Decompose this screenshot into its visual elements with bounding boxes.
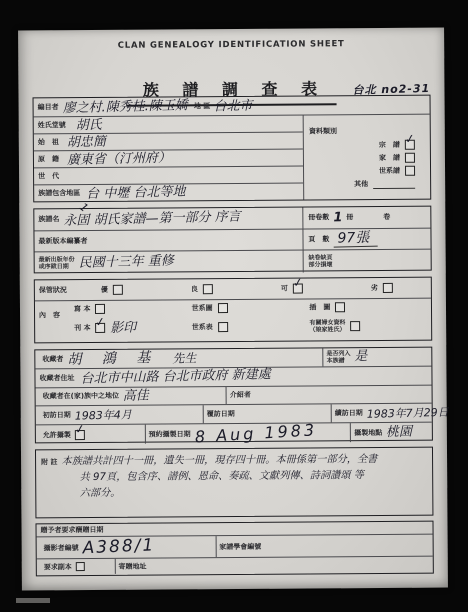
holder-honorific: 先生 bbox=[172, 352, 196, 365]
pedigree-table-label: 世系表 bbox=[192, 322, 213, 332]
excellent-checkbox bbox=[113, 285, 123, 295]
pedigree-table-option: 世系表 bbox=[192, 319, 310, 334]
missing-pages-cell: 缺卷缺頁 部分損壞 bbox=[302, 250, 426, 272]
compiler-value: 廖之村.陳秀桂.陳玉嬌 bbox=[62, 99, 188, 115]
regions-label: 族譜包含地區 bbox=[38, 188, 80, 198]
zongpu-checkbox: ✓ bbox=[405, 140, 415, 150]
printed-edition-label: 刊 本 bbox=[74, 323, 91, 333]
introducer-label: 介紹者 bbox=[230, 390, 251, 400]
holder-cell: 收藏者 胡 鴻 基 先生 bbox=[39, 348, 322, 368]
origin-row: 原 籍 廣東省（汀州府） bbox=[34, 150, 303, 169]
copy-request-label: 要求副本 bbox=[44, 562, 72, 572]
volume-unit-ce: 冊 bbox=[346, 212, 353, 222]
contents-label: 內 容 bbox=[39, 310, 60, 320]
pub-year-value: 民國十三年 重修 bbox=[79, 255, 174, 270]
first-visit-label: 初訪日期 bbox=[43, 410, 71, 420]
good-checkbox bbox=[203, 284, 213, 294]
pedigree-chart-label: 世系圖 bbox=[192, 303, 213, 313]
notes-label: 附 註 bbox=[41, 457, 58, 502]
listed-value: 是 bbox=[354, 350, 367, 363]
condition-label: 保管狀況 bbox=[39, 285, 67, 295]
generations-row: 世 代 bbox=[34, 167, 303, 186]
note-line-2: 共 97頁，包含序、譜例、恩命、奏疏、文獻列傳、詩詞讚頌 等 bbox=[80, 468, 378, 486]
follow-up-visit-cell: 續訪日期 1983年7月29日 bbox=[331, 404, 428, 422]
manuscript-label: 寫 本 bbox=[74, 304, 91, 314]
condition-row: 保管狀況 優 良 可 ✓ 劣 bbox=[35, 278, 431, 302]
fair-checkbox: ✓ bbox=[293, 284, 303, 294]
regions-row: 族譜包含地區 台 中壢 台北等地 bbox=[34, 184, 303, 202]
listed-label-line2: 本族譜 bbox=[327, 357, 351, 364]
filming-date-value: 8 Aug 1983 bbox=[194, 422, 317, 445]
society-number-label: 家譜學會編號 bbox=[219, 541, 261, 551]
illustrations-checkbox bbox=[335, 302, 345, 312]
women-data-sublabel: （娘家姓氏） bbox=[309, 326, 345, 333]
printed-edition-checkmark: ✓ bbox=[95, 314, 107, 329]
other-label: 其他 bbox=[354, 179, 368, 189]
english-header: CLAN GENEALOGY IDENTIFICATION SHEET bbox=[18, 39, 444, 52]
volume-count-cell: 冊卷數 1 冊 卷 1 bbox=[302, 207, 426, 228]
women-data-checkbox bbox=[350, 321, 360, 331]
latest-compiler-label: 最新版本編纂者 bbox=[38, 236, 87, 246]
origin-label: 原 籍 bbox=[38, 154, 59, 164]
filming-permit-label: 允許攝製 bbox=[43, 430, 71, 440]
genealogy-name-cell: 族譜名 永固 胡氏家譜—第一部分 序言 bbox=[38, 211, 302, 226]
follow-up-visit-label: 續訪日期 bbox=[335, 408, 363, 418]
page-count-cell: 頁 數 97張 bbox=[302, 228, 426, 249]
jiapu-checkbox bbox=[405, 153, 415, 163]
partial-damage-label: 部分損壞 bbox=[308, 261, 332, 268]
first-visit-value: 1983年4月 bbox=[75, 409, 132, 421]
pedigree-chart-option: 世系圖 bbox=[192, 302, 310, 313]
origin-value: 廣東省（汀州府） bbox=[67, 151, 171, 167]
category-option-shixipu: 世系譜 bbox=[309, 166, 415, 177]
listed-cell: 是否列入 本族譜 是 bbox=[323, 348, 428, 367]
fair-checkmark: ✓ bbox=[292, 275, 304, 290]
filming-permit-cell: 允許攝製 ✓ bbox=[40, 425, 145, 445]
edition-box: 族譜名 永固 胡氏家譜—第一部分 序言 冊卷數 1 冊 卷 1 最新版本編纂者 … bbox=[33, 206, 431, 274]
fair-label: 可 bbox=[281, 284, 288, 294]
copy-request-cell: 要求副本 bbox=[41, 559, 115, 575]
donor-request-label: 贈予者要求酬贈日期 bbox=[41, 525, 104, 535]
excellent-label: 優 bbox=[101, 285, 108, 295]
condition-poor: 劣 bbox=[371, 283, 393, 293]
volume-count-value: 1 bbox=[333, 211, 342, 224]
filming-location-cell: 攝製地點 桃園 bbox=[350, 423, 428, 442]
regions-value: 台 中壢 台北等地 bbox=[86, 185, 186, 200]
poor-label: 劣 bbox=[371, 283, 378, 293]
genealogy-name-value: 永固 胡氏家譜—第一部分 序言 bbox=[63, 210, 241, 227]
first-ancestor-row: 始 祖 胡忠簡 bbox=[34, 133, 303, 152]
category-option-zongpu: 宗 譜 ✓ bbox=[309, 140, 415, 151]
holder-label: 收藏者 bbox=[42, 354, 63, 364]
manuscript-checkbox bbox=[95, 304, 105, 314]
holder-address-label: 收藏者住址 bbox=[39, 373, 74, 383]
filming-permit-checkbox: ✓ bbox=[75, 430, 85, 440]
surname-hall-label: 姓氏堂號 bbox=[38, 120, 66, 130]
copy-request-checkbox bbox=[76, 562, 85, 571]
mailing-address-label: 寄贈地址 bbox=[118, 561, 146, 571]
other-blank-line bbox=[373, 179, 415, 188]
compiler-latest-cell: 最新版本編纂者 bbox=[38, 234, 302, 246]
filming-date-label: 預約攝製日期 bbox=[149, 429, 191, 439]
follow-up-visit-value: 1983年7月29日 bbox=[367, 407, 449, 420]
note-line-1: 本族譜共計四十一冊，遺失一冊，現存四十冊。本冊係第一部分，全書 bbox=[61, 452, 377, 470]
printed-edition-checkbox: ✓ bbox=[96, 323, 106, 333]
first-visit-cell: 初訪日期 1983年4月 bbox=[40, 406, 203, 425]
data-category-label: 資料類別 bbox=[309, 127, 337, 135]
area-label: 地 區 bbox=[194, 101, 211, 111]
page-count-value: 97張 bbox=[333, 230, 377, 247]
data-category-cell: 資料類別 宗 譜 ✓ 家 譜 世系譜 其他 bbox=[303, 115, 430, 200]
photographer-number-value: A388/1 bbox=[82, 537, 155, 557]
condition-fair: 可 ✓ bbox=[281, 284, 303, 294]
zongpu-checkmark: ✓ bbox=[404, 131, 416, 146]
holder-box: 收藏者 胡 鴻 基 先生 是否列入 本族譜 是 收藏者住址 台北市中山路 台北市… bbox=[34, 347, 433, 444]
note-line-3: 六部分。 bbox=[80, 484, 378, 502]
mailing-address-cell: 寄贈地址 bbox=[114, 557, 428, 574]
preface-date-label: 或序跋日期 bbox=[39, 263, 75, 270]
illustrations-label: 插 圖 bbox=[309, 302, 330, 312]
illustrations-option: 插 圖 bbox=[309, 302, 427, 313]
surname-hall-row: 姓氏堂號 胡氏 bbox=[34, 116, 303, 135]
second-visit-label: 覆訪日期 bbox=[207, 409, 235, 419]
shixipu-checkbox bbox=[405, 166, 415, 176]
manuscript-option: 寫 本 bbox=[74, 303, 192, 314]
contents-row: 內 容 寫 本 世系圖 插 圖 刊 本 ✓ 影印 bbox=[35, 299, 431, 343]
filming-location-value: 桃園 bbox=[386, 426, 412, 440]
holder-position-label: 收藏者在(家)族中之地位 bbox=[43, 391, 119, 402]
printed-edition-note: 影印 bbox=[110, 321, 136, 335]
good-label: 良 bbox=[191, 284, 198, 294]
page-count-label: 頁 數 bbox=[308, 234, 329, 244]
filming-location-label: 攝製地點 bbox=[354, 428, 382, 438]
compiler-label: 編目者 bbox=[38, 102, 59, 112]
first-ancestor-label: 始 祖 bbox=[38, 137, 59, 147]
first-ancestor-value: 胡忠簡 bbox=[67, 135, 106, 149]
pedigree-chart-checkbox bbox=[218, 303, 228, 313]
filming-permit-checkmark: ✓ bbox=[74, 421, 86, 436]
jiapu-label: 家 譜 bbox=[379, 153, 400, 163]
holder-address-value: 台北市中山路 台北市政府 新建處 bbox=[80, 368, 271, 386]
condition-excellent: 優 bbox=[101, 285, 123, 295]
holder-position-value: 高佳 bbox=[123, 389, 149, 403]
category-option-jiapu: 家 譜 bbox=[309, 153, 415, 164]
zongpu-label: 宗 譜 bbox=[379, 140, 400, 150]
surname-hall-value: 胡氏 bbox=[76, 118, 102, 132]
holder-position-cell: 收藏者在(家)族中之地位 高佳 bbox=[40, 387, 226, 406]
filming-date-cell: 預約攝製日期 8 Aug 1983 bbox=[145, 423, 351, 443]
generations-label: 世 代 bbox=[38, 171, 59, 181]
numbering-box: 贈予者要求酬贈日期 攝影者編號 A388/1 家譜學會編號 要求副本 寄贈地址 bbox=[35, 521, 433, 577]
photographer-number-label: 攝影者編號 bbox=[44, 543, 79, 553]
scan-artifact bbox=[16, 598, 50, 603]
photographer-number-cell: 攝影者編號 A388/1 bbox=[41, 536, 216, 558]
scanned-form-page: CLAN GENEALOGY IDENTIFICATION SHEET 族 譜 … bbox=[18, 28, 448, 591]
area-value: 台北市 bbox=[213, 99, 252, 113]
publication-date-cell: 最新出版年份 或序跋日期 民國十三年 重修 bbox=[39, 254, 303, 270]
condition-good: 良 bbox=[191, 284, 213, 294]
printed-edition-option: 刊 本 ✓ 影印 bbox=[74, 320, 192, 335]
category-option-other: 其他 bbox=[309, 179, 415, 190]
pedigree-table-checkbox bbox=[218, 322, 228, 332]
volume-count-label: 冊卷數 bbox=[308, 213, 329, 223]
volume-unit-juan: 卷 bbox=[383, 212, 390, 222]
introducer-cell: 介紹者 bbox=[226, 385, 428, 404]
holder-name-value: 胡 鴻 基 bbox=[67, 351, 158, 367]
women-data-option: 有關婦女資料 （娘家姓氏） bbox=[309, 319, 427, 334]
identification-box: 編目者 廖之村.陳秀桂.陳玉嬌 地 區 台北市 姓氏堂號 胡氏 始 祖 胡忠簡 … bbox=[33, 95, 432, 203]
shixipu-label: 世系譜 bbox=[379, 166, 400, 176]
notes-box: 附 註 本族譜共計四十一冊，遺失一冊，現存四十冊。本冊係第一部分，全書 共 97… bbox=[35, 447, 433, 519]
society-number-cell: 家譜學會編號 bbox=[215, 535, 429, 557]
genealogy-name-label: 族譜名 bbox=[38, 214, 59, 224]
poor-checkbox bbox=[383, 283, 393, 293]
condition-box: 保管狀況 優 良 可 ✓ 劣 bbox=[34, 277, 432, 344]
